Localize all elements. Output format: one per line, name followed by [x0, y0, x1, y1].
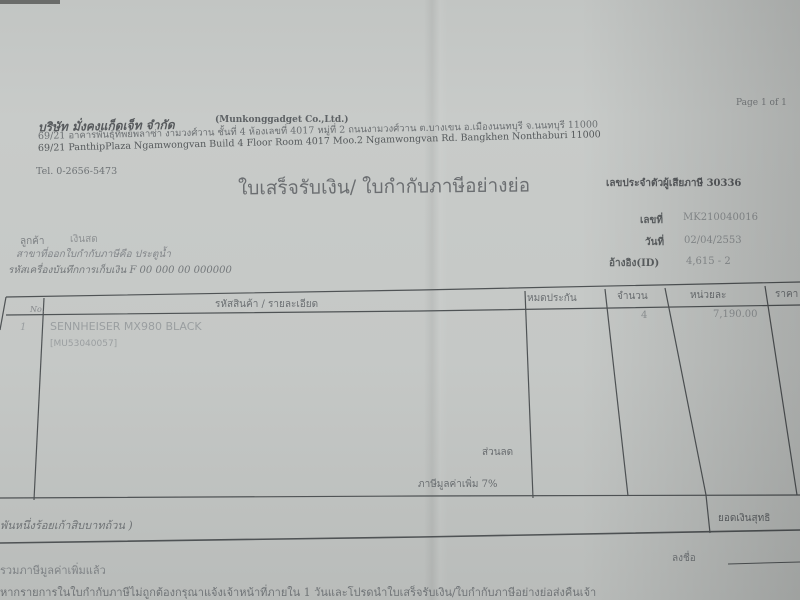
vat-included-text: รวมภาษีมูลค่าเพิ่มแล้ว — [0, 561, 106, 579]
page-indicator: Page 1 of 1 — [736, 98, 787, 108]
reference-label: อ้างอิง(ID) — [609, 256, 659, 271]
invoice-date-label: วันที่ — [645, 235, 664, 250]
signature-label: ลงชื่อ — [672, 551, 696, 566]
correction-notice: หากรายการในใบกำกับภาษีไม่ถูกต้องกรุณาแจ้… — [0, 583, 596, 600]
document-title: ใบเสร็จรับเงิน/ ใบกำกับภาษีอย่างย่อ — [238, 170, 530, 203]
receipt-paper — [0, 0, 800, 600]
invoice-number-value: MK210040016 — [683, 212, 758, 223]
tax-id: เลขประจำตัวผู้เสียภาษี 30336 — [606, 176, 741, 191]
company-phone: Tel. 0-2656-5473 — [36, 166, 117, 177]
customer-value: เงินสด — [70, 232, 98, 247]
signature-line — [728, 560, 800, 566]
branch-text: สาขาที่ออกใบกำกับภาษีคือ ประตูน้ำ — [16, 247, 171, 262]
background-edge — [0, 0, 60, 4]
reference-value: 4,615 - 2 — [686, 256, 731, 267]
invoice-date-value: 02/04/2553 — [684, 235, 742, 246]
cash-register-id: รหัสเครื่องบันทึกการเก็บเงิน F 00 000 00… — [8, 263, 232, 278]
invoice-number-label: เลขที่ — [640, 213, 663, 228]
